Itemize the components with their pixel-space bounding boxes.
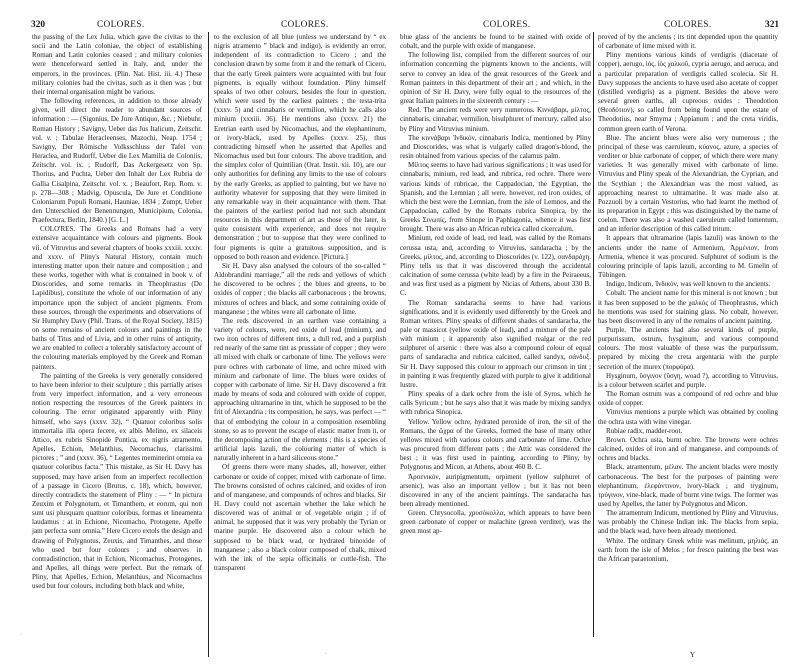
paragraph: COLO'RES. The Greeks and Romans had a ve… (32, 225, 202, 372)
running-head: COLORES. (281, 20, 328, 30)
paragraph: Black, atramentum, μέλαν. The ancient bl… (598, 463, 778, 509)
left-page: 320 COLORES. COLORES. the passing of the… (0, 0, 400, 672)
paragraph: the passing of the Lex Julia, which gave… (32, 33, 202, 97)
paragraph: blue glass of the ancients be found to b… (400, 33, 591, 51)
paragraph: Pliny speaks of a dark ochre from the is… (400, 390, 591, 417)
paragraph: Brown. Ochra usta, burnt ochre. The brow… (598, 436, 778, 463)
paragraph: Μίλτος seems to have had various signifi… (400, 161, 591, 234)
paragraph: Hysginum, ὕσγινον (ὕσγη, woad ?), accord… (598, 372, 778, 390)
paragraph: proved of by the ancients ; its tint dep… (598, 33, 778, 51)
text-column-3: blue glass of the ancients be found to b… (400, 33, 591, 537)
paragraph: Ἀρσενικόν, auripigmentum, orpiment (yell… (400, 473, 591, 510)
running-head: COLORES. (483, 20, 530, 30)
paragraph: Sir H. Davy also analysed the colours of… (214, 262, 386, 317)
paragraph: The following list, compiled from the di… (400, 51, 591, 106)
text-column-1: the passing of the Lex Julia, which gave… (32, 33, 202, 592)
paragraph: Green. Chrysocolla, χρυσόκολλα, which ap… (400, 509, 591, 536)
paragraph: Purple. The ancients had also several ki… (598, 326, 778, 372)
paragraph: Indigo, Indicum, Ἰνδικόν, was well known… (598, 280, 778, 289)
page-number: 321 (765, 20, 779, 30)
paragraph: Vitruvius mentions a purple which was ob… (598, 408, 778, 426)
paragraph: It appears that ultramarine (lapis lazul… (598, 234, 778, 280)
paragraph: The painting of the Greeks is very gener… (32, 372, 202, 592)
paragraph: Minium, red oxide of lead, red lead, was… (400, 234, 591, 298)
paragraph: Red. The ancient reds were very numerous… (400, 106, 591, 133)
running-head: COLORES. (664, 20, 711, 30)
running-head: COLORES. (97, 20, 144, 30)
text-column-4: proved of by the ancients ; its tint dep… (598, 33, 778, 564)
right-page: COLORES. COLORES. 321 blue glass of the … (400, 0, 800, 672)
print-mark: · (20, 632, 22, 638)
column-rule (593, 32, 594, 637)
print-mark: · (325, 651, 327, 657)
paragraph: White. The ordinary Greek white was meli… (598, 537, 778, 564)
column-rule (208, 32, 209, 657)
paragraph: The atramentum Indicum, mentioned by Pli… (598, 509, 778, 536)
paragraph: Blue. The ancient blues were also very n… (598, 134, 778, 235)
paragraph: Of greens there were many shades, all, h… (214, 463, 386, 573)
paragraph: Cobalt. The ancient name for this minera… (598, 289, 778, 326)
paragraph: The κιννάβαρι Ἰνδικόν, cinnabaris Indica… (400, 134, 591, 161)
paragraph: The following references, in addition to… (32, 97, 202, 225)
signature-mark: Y (690, 651, 695, 659)
paragraph: The Roman ostrum was a compound of red o… (598, 390, 778, 408)
paragraph: Yellow. Yellow ochre, hydrated peroxide … (400, 418, 591, 473)
paragraph: to the exclusion of all blue (unless we … (214, 33, 386, 262)
page-number: 320 (31, 20, 45, 30)
paragraph: The reds discovered in an earthen vase c… (214, 317, 386, 464)
paragraph: Pliny mentions various kinds of verdigri… (598, 51, 778, 133)
text-column-2: to the exclusion of all blue (unless we … (214, 33, 386, 573)
paragraph: The Roman sandaracha seems to have had v… (400, 299, 591, 391)
paragraph: Rubiae radix, madder-root. (598, 427, 778, 436)
